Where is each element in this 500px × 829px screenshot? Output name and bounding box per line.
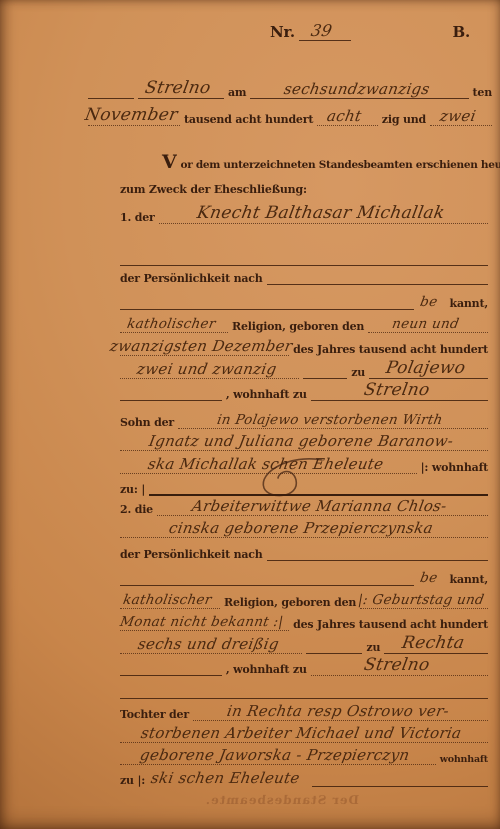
bride-name-underline: Arbeiterwittwe Marianna Chlos- (157, 499, 488, 516)
bride-residence-row: , wohnhaft zu Strelno (120, 657, 488, 676)
month-underline: November (88, 107, 180, 126)
form-rule (120, 585, 414, 586)
bride-birth-place: Rechta (398, 635, 473, 653)
residence-underline: Strelno (311, 382, 488, 401)
dateline-row-2: November tausend acht hundert acht zig u… (88, 107, 492, 126)
zu-note-label: zu: | (120, 484, 145, 496)
groom-residence: Strelno (360, 382, 439, 400)
nr-label: Nr. (270, 25, 295, 41)
groom-birth-day-2: zwanzigsten Dezember (107, 339, 302, 355)
form-rule (120, 698, 488, 699)
parents-underline: in Polajewo verstorbenen Wirth (178, 414, 488, 430)
form-rule (120, 675, 222, 676)
groom-residence-row: , wohnhaft zu Strelno (120, 382, 488, 401)
form-rule (88, 98, 134, 99)
groom-identity-row: der Persönlichkeit nach (120, 266, 488, 285)
place-underline: Strelno (138, 80, 224, 99)
groom-name-underline: Knecht Balthasar Michallak (159, 205, 488, 224)
birthnote-underline: Monat nicht bekannt :| (120, 616, 289, 632)
sohn-label: Sohn der (120, 417, 174, 429)
intro-line-1: or dem unterzeichneten Standesbeamten er… (181, 160, 500, 172)
des-jahres-label: des Jahres tausend acht hundert (293, 619, 488, 631)
decade-underline: acht (317, 109, 378, 126)
intro-line-2: zum Zweck der Eheschließung: (120, 184, 307, 196)
header-row: Nr. 39 B. (270, 22, 470, 41)
parents-underline: Ignatz und Juliana geborene Baranow- (120, 434, 488, 451)
bride-blank-row (120, 680, 488, 699)
form-rule (303, 378, 347, 379)
bride-name-2: cinska geborene Przepierczynska (166, 521, 443, 537)
birthplace-underline: Polajewo (369, 360, 488, 379)
zu-label: zu (366, 642, 380, 654)
groom-name-row: 1. der Knecht Balthasar Michallak (120, 205, 488, 224)
religion-label: Religion, geboren den (232, 321, 364, 333)
place-value: Strelno (142, 80, 221, 98)
decade-value: acht (324, 109, 371, 125)
zu-note-label: zu |: (120, 775, 145, 787)
nr-value: 39 (308, 23, 342, 40)
bride-name-1: Arbeiterwittwe Marianna Chlos- (189, 499, 456, 515)
bride-religion: katholischer (120, 594, 221, 609)
bride-residence: Strelno (360, 657, 439, 675)
bride-item-label: 2. die (120, 504, 153, 516)
kannt-label: kannt, (450, 298, 488, 310)
unit-underline: zwei (430, 109, 492, 126)
form-rule (267, 284, 488, 285)
groom-parents-1: in Polajewo verstorbenen Wirth (214, 414, 452, 429)
parents-underline: in Rechta resp Ostrowo ver- (193, 704, 488, 721)
form-rule (306, 653, 362, 654)
groom-birthmonth-row: zwanzigsten Dezember des Jahres tausend … (120, 337, 488, 356)
form-rule (312, 786, 488, 787)
groom-bekannt-row: be kannt, (120, 291, 488, 310)
tochter-label: Tochter der (120, 709, 189, 721)
birthmonth-underline: zwanzigsten Dezember (120, 339, 289, 356)
form-rule (267, 560, 488, 561)
groom-religion-row: katholischer Religion, geboren den neun … (120, 314, 488, 333)
unit-value: zwei (437, 109, 485, 125)
form-rule (120, 400, 222, 401)
form-rule (120, 309, 414, 310)
bride-be: be (417, 572, 447, 587)
residence-underline: Strelno (311, 657, 488, 676)
bride-parents-row-2: storbenen Arbeiter Michael und Victoria (120, 724, 488, 743)
bride-parents-1: in Rechta resp Ostrowo ver- (223, 704, 458, 720)
wohnhaft-note-label: |: wohnhaft (421, 462, 488, 474)
birthplace-underline: Rechta (384, 635, 488, 654)
des-jahres-label: des Jahres tausend acht hundert (293, 344, 488, 356)
groom-religion: katholischer (124, 318, 225, 333)
bride-parents-4: ski schen Eheleute (148, 771, 309, 787)
bride-birth-note-2: Monat nicht bekannt :| (117, 616, 293, 631)
intro-row-2: zum Zweck der Eheschließung: (120, 177, 488, 196)
parents-underline: geborene Jaworska - Przepierczyn (120, 748, 436, 765)
bride-birth-year: sechs und dreißig (134, 637, 288, 653)
bride-name-row-2: cinska geborene Przepierczynska (120, 519, 488, 538)
bleedthrough-text: Der Standesbeamte. (205, 793, 360, 807)
persoenlichkeit-label: der Persönlichkeit nach (120, 273, 263, 285)
am-label: am (228, 87, 246, 99)
day-underline: sechsundzwanzigs (250, 82, 468, 99)
kannt-label: kannt, (450, 574, 488, 586)
groom-item-label: 1. der (120, 212, 155, 224)
bride-name-underline: cinska geborene Przepierczynska (120, 521, 488, 538)
ten-label: ten (473, 87, 492, 99)
persoenlichkeit-label: der Persönlichkeit nach (120, 549, 263, 561)
bride-bekannt-row: be kannt, (120, 567, 488, 586)
bride-name-row-1: 2. die Arbeiterwittwe Marianna Chlos- (120, 497, 488, 516)
intro-row-1: V or dem unterzeichneten Standesbeamten … (162, 152, 490, 171)
wohnhaft-note-label: wohnhaft (440, 755, 488, 766)
intro-initial: V (162, 155, 177, 171)
groom-blank-row (120, 247, 488, 266)
pen-flourish (252, 456, 332, 502)
bride-religion-row: katholischer Religion, geboren den |: Ge… (120, 590, 488, 609)
bride-parents-row-4: zu |: ski schen Eheleute (120, 768, 488, 787)
groom-be: be (417, 296, 447, 311)
birthyear-underline: zwei und zwanzig (120, 362, 299, 379)
parents-underline: storbenen Arbeiter Michael und Victoria (120, 726, 488, 743)
birthyear-underline: sechs und dreißig (120, 637, 302, 654)
day-value: sechsundzwanzigs (280, 82, 438, 98)
bride-birthyear-row: sechs und dreißig zu Rechta (120, 635, 488, 654)
religion-label: Religion, geboren den (224, 597, 356, 609)
wohnhaft-label: , wohnhaft zu (226, 664, 307, 676)
religion-underline: katholischer (120, 318, 228, 334)
groom-birth-day-1: neun und (388, 318, 467, 333)
groom-birth-year: zwei und zwanzig (134, 362, 286, 378)
bride-birth-note-1: |: Geburtstag und (355, 594, 493, 609)
bride-identity-row: der Persönlichkeit nach (120, 542, 488, 561)
groom-parents-row-2: Ignatz und Juliana geborene Baranow- (120, 432, 488, 451)
dateline-row-1: Strelno am sechsundzwanzigs ten (88, 80, 492, 99)
bride-parents-2: storbenen Arbeiter Michael und Victoria (137, 726, 470, 742)
birthnote-underline: |: Geburtstag und (360, 594, 488, 610)
bride-birthnote-row: Monat nicht bekannt :| des Jahres tausen… (120, 612, 488, 631)
groom-parents-2: Ignatz und Juliana geborene Baranow- (146, 434, 463, 450)
birthday-underline: neun und (368, 318, 488, 334)
nr-underline: 39 (299, 23, 351, 41)
wohnhaft-label: , wohnhaft zu (226, 389, 307, 401)
thousand-label: tausend acht hundert (184, 114, 313, 126)
bride-parents-row-1: Tochter der in Rechta resp Ostrowo ver- (120, 702, 488, 721)
religion-underline: katholischer (120, 594, 220, 610)
bride-parents-row-3: geborene Jaworska - Przepierczyn wohnhaf… (120, 746, 488, 765)
zig-und-label: zig und (382, 114, 426, 126)
series-letter: B. (452, 25, 470, 41)
registry-document-page: Nr. 39 B. Strelno am sechsundzwanzigs te… (0, 0, 500, 829)
groom-birthyear-row: zwei und zwanzig zu Polajewo (120, 360, 488, 379)
bride-parents-3: geborene Jaworska - Przepierczyn (137, 748, 419, 764)
groom-name: Knecht Balthasar Michallak (193, 205, 454, 223)
groom-parents-row-1: Sohn der in Polajewo verstorbenen Wirth (120, 410, 488, 429)
zu-label: zu (351, 367, 365, 379)
month-value: November (81, 107, 187, 125)
groom-birth-place: Polajewo (382, 360, 474, 378)
